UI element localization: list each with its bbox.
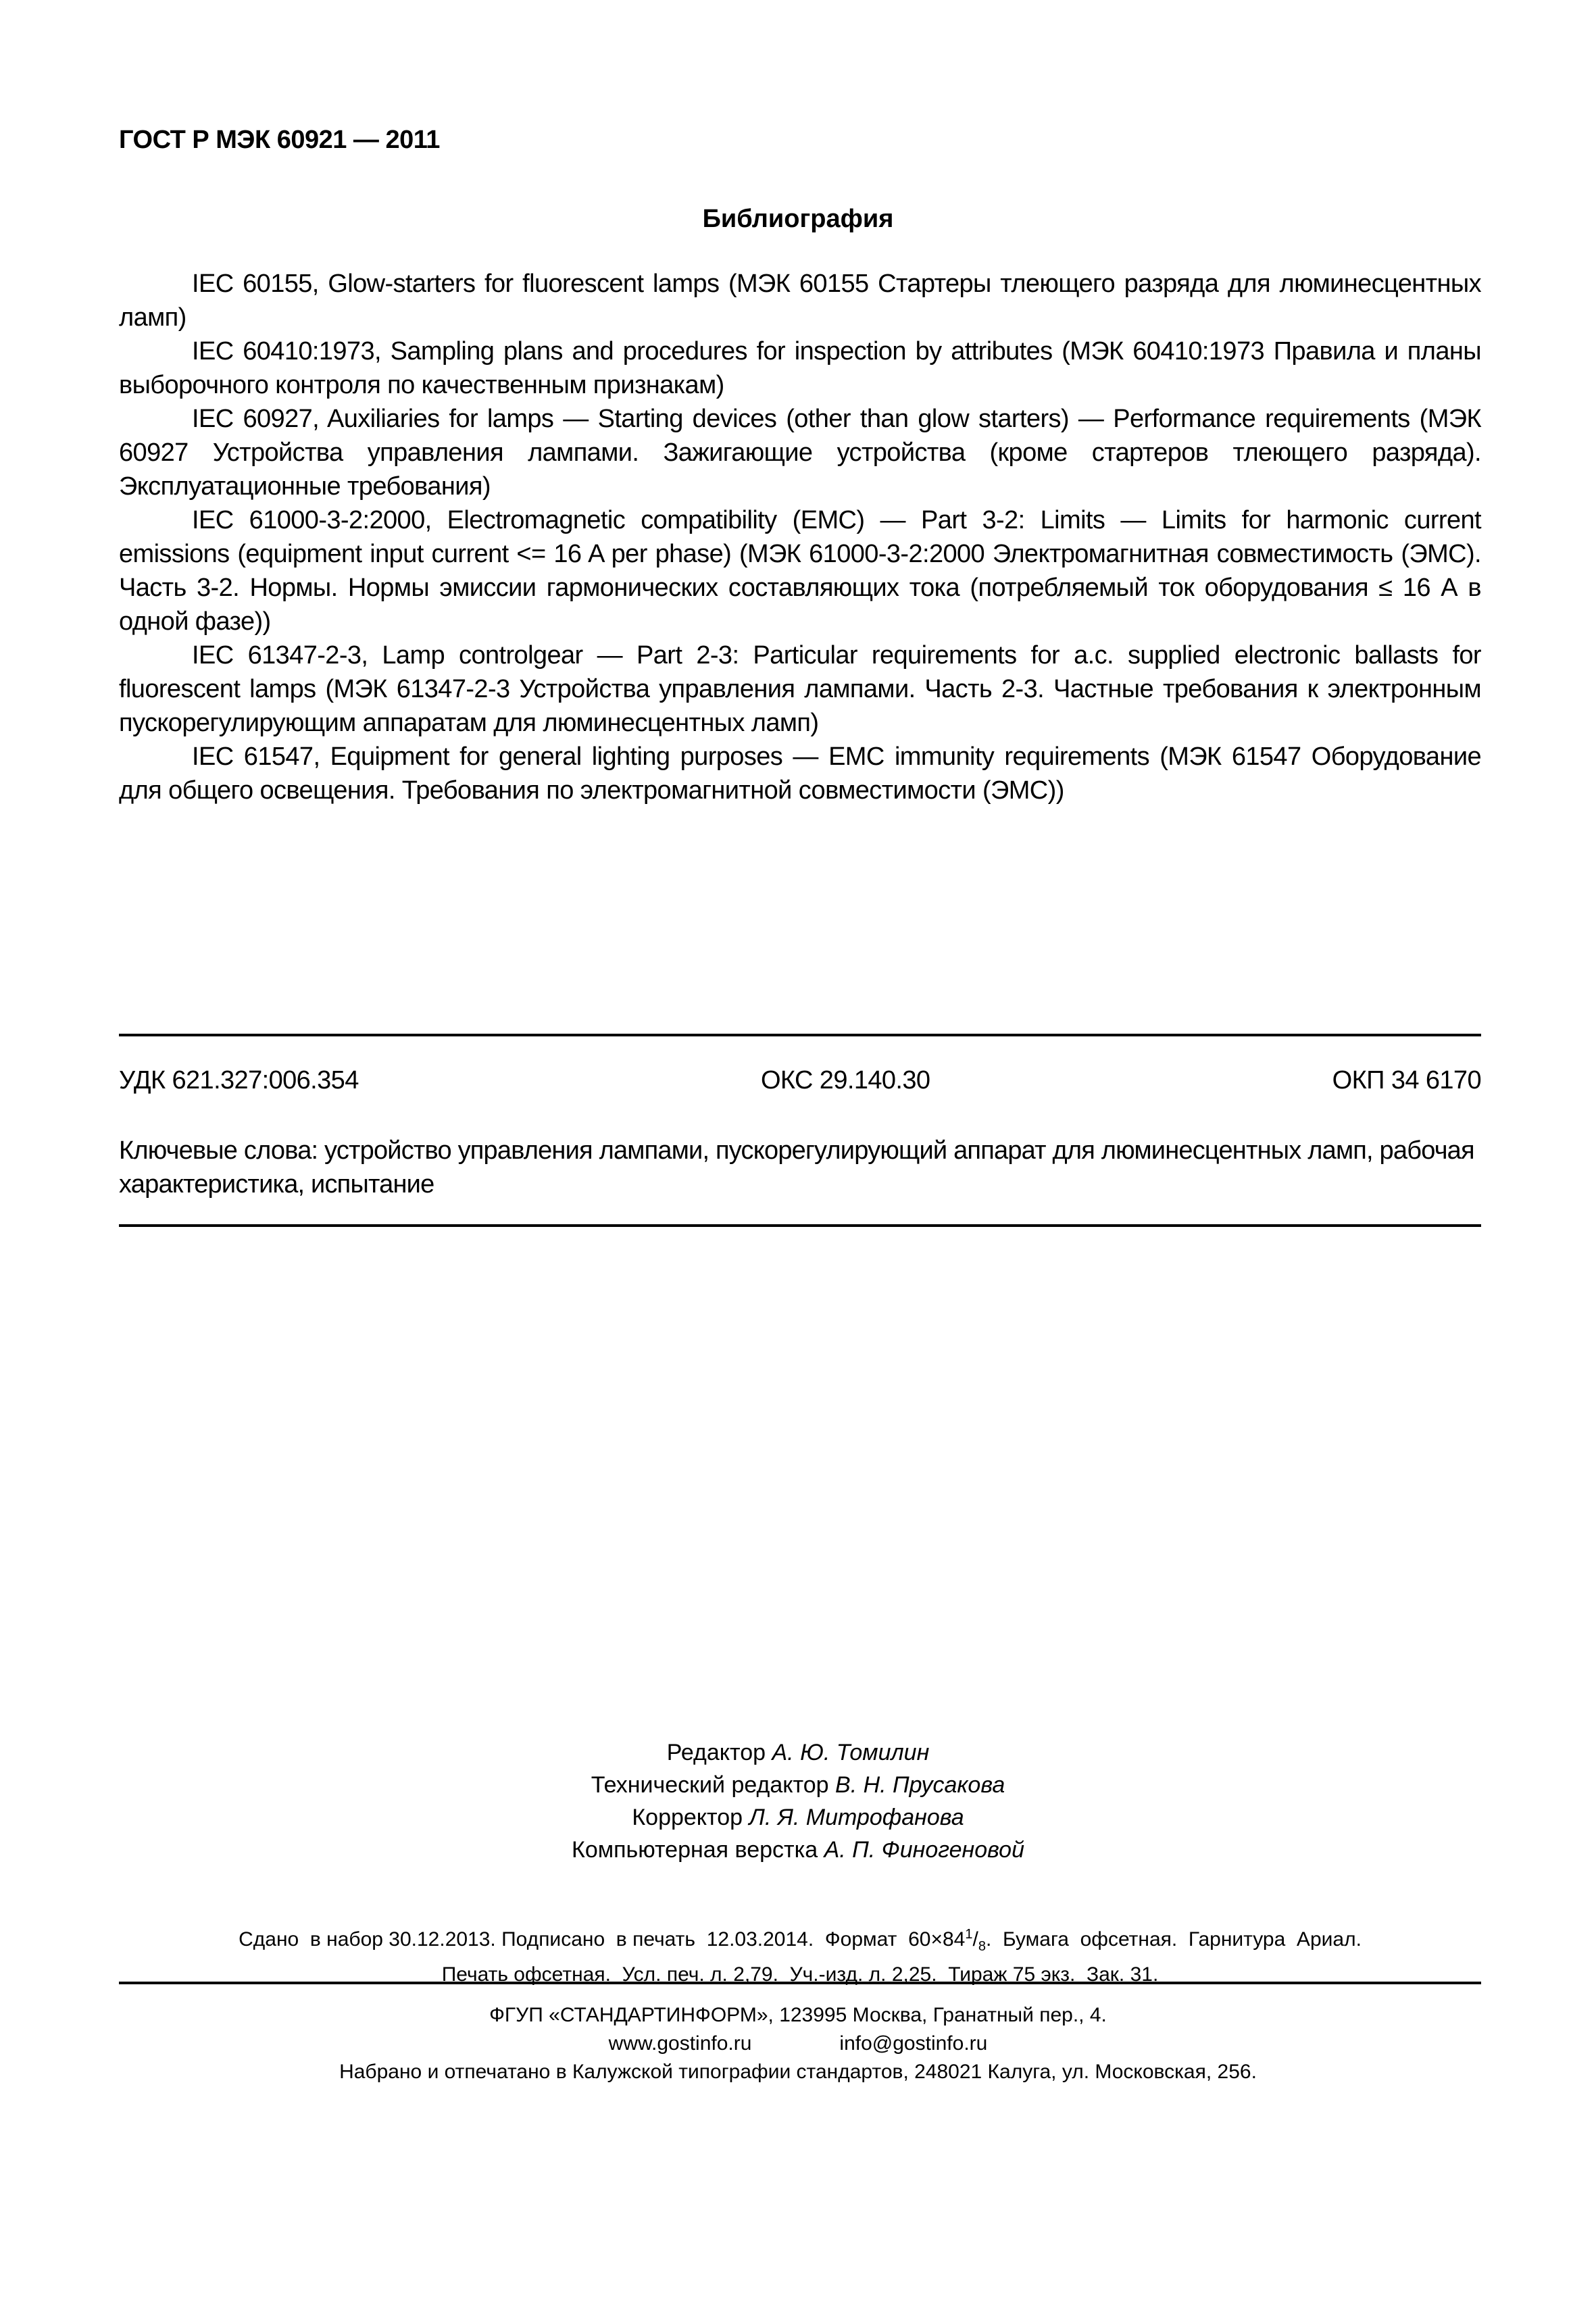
- credit-role: Компьютерная верстка: [572, 1837, 818, 1863]
- publisher-info: ФГУП «СТАНДАРТИНФОРМ», 123995 Москва, Гр…: [0, 2001, 1596, 2086]
- print-info-line-1: Сдано в набор 30.12.2013. Подписано в пе…: [119, 1920, 1481, 1961]
- credit-proofreader: Корректор Л. Я. Митрофанова: [0, 1801, 1596, 1834]
- divider-rule: [119, 1034, 1481, 1036]
- classification-codes: УДК 621.327:006.354 ОКС 29.140.30 ОКП 34…: [119, 1066, 1481, 1095]
- bibliography-entry: IEC 61347-2-3, Lamp controlgear — Part 2…: [119, 638, 1481, 740]
- bibliography-entry: IEC 60927, Auxiliaries for lamps — Start…: [119, 402, 1481, 503]
- oks-code: ОКС 29.140.30: [761, 1066, 930, 1095]
- print-info-text: Сдано в набор 30.12.2013. Подписано в пе…: [239, 1928, 965, 1951]
- document-page: ГОСТ Р МЭК 60921 — 2011 Библиография IEC…: [0, 0, 1596, 2314]
- website-link[interactable]: www.gostinfo.ru: [609, 2030, 752, 2058]
- document-code-header: ГОСТ Р МЭК 60921 — 2011: [119, 126, 440, 155]
- okp-code: ОКП 34 6170: [1332, 1066, 1481, 1095]
- email-link[interactable]: info@gostinfo.ru: [839, 2030, 987, 2058]
- format-fraction-denominator: 8: [978, 1939, 986, 1954]
- credit-name: А. П. Финогеновой: [824, 1837, 1024, 1863]
- printer-info: Набрано и отпечатано в Калужской типогра…: [0, 2058, 1596, 2086]
- print-info-line-2: Печать офсетная. Усл. печ. л. 2,79. Уч.-…: [119, 1961, 1481, 1989]
- credit-layout: Компьютерная верстка А. П. Финогеновой: [0, 1834, 1596, 1866]
- credit-name: А. Ю. Томилин: [772, 1740, 930, 1765]
- credit-editor: Редактор А. Ю. Томилин: [0, 1736, 1596, 1769]
- publisher-address: ФГУП «СТАНДАРТИНФОРМ», 123995 Москва, Гр…: [0, 2001, 1596, 2030]
- bibliography-entry: IEC 60155, Glow-starters for fluorescent…: [119, 267, 1481, 334]
- bibliography-entry: IEC 61000-3-2:2000, Electromagnetic comp…: [119, 503, 1481, 638]
- format-fraction-numerator: 1: [965, 1927, 972, 1942]
- print-info-text: . Бумага офсетная. Гарнитура Ариал.: [986, 1928, 1362, 1951]
- credit-name: В. Н. Прусакова: [835, 1772, 1005, 1798]
- credit-name: Л. Я. Митрофанова: [749, 1805, 964, 1830]
- bibliography-entry: IEC 60410:1973, Sampling plans and proce…: [119, 334, 1481, 402]
- publisher-contacts: www.gostinfo.ruinfo@gostinfo.ru: [0, 2030, 1596, 2058]
- keywords: Ключевые слова: устройство управления ла…: [119, 1134, 1481, 1201]
- credit-technical-editor: Технический редактор В. Н. Прусакова: [0, 1769, 1596, 1801]
- divider-rule: [119, 1224, 1481, 1227]
- bibliography-title: Библиография: [0, 205, 1596, 234]
- credit-role: Корректор: [632, 1805, 743, 1830]
- credit-role: Технический редактор: [591, 1772, 829, 1798]
- udk-code: УДК 621.327:006.354: [119, 1066, 359, 1095]
- credit-role: Редактор: [667, 1740, 766, 1765]
- editorial-credits: Редактор А. Ю. Томилин Технический редак…: [0, 1736, 1596, 1866]
- print-info: Сдано в набор 30.12.2013. Подписано в пе…: [119, 1920, 1481, 1989]
- divider-rule: [119, 1982, 1481, 1984]
- bibliography-entry: IEC 61547, Equipment for general lightin…: [119, 740, 1481, 807]
- bibliography-list: IEC 60155, Glow-starters for fluorescent…: [119, 267, 1481, 807]
